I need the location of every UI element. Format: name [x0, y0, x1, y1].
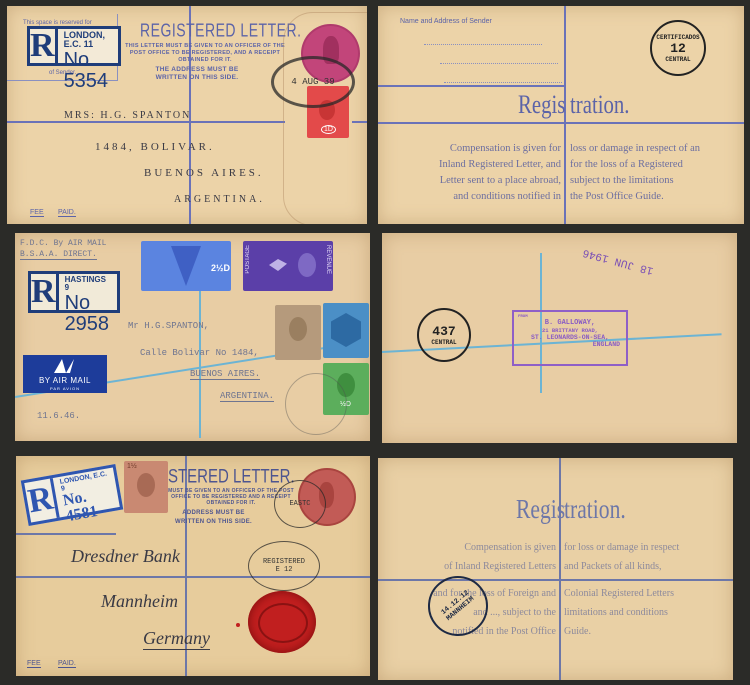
sender-country: ENGLAND	[514, 341, 626, 348]
stamp-victory-2-5d: 2½D	[141, 241, 231, 291]
sender-dotted-line-1	[424, 44, 542, 45]
text-line: limitations and conditions	[564, 603, 714, 622]
postmark-oval: 4 AUG 39	[271, 56, 355, 108]
postmark-circle: 437 CENTRAL	[417, 308, 471, 362]
stamp-left-text: POSTAGE	[245, 245, 251, 274]
address-line-4: ARGENTINA.	[220, 391, 274, 402]
registration-r: R	[31, 274, 59, 310]
postmark-bottom-text: CENTRAL	[665, 56, 690, 63]
registration-line-upper	[378, 85, 564, 87]
postmark-eastc: EASTC	[274, 480, 326, 528]
address-line-3: BUENOS AIRES.	[190, 369, 260, 380]
registration-line-vertical	[559, 458, 561, 680]
text-line: and conditions notified in	[433, 189, 561, 205]
sender-box-stamp: FROM B. GALLOWAY, 21 BRITTANY ROAD, ST. …	[512, 310, 628, 366]
address-note-1: THE ADDRESS MUST BE	[142, 66, 252, 73]
text-line: Guide.	[564, 622, 714, 641]
envelope-1-front: This space is reserved for of Sender. R …	[7, 6, 367, 224]
king-portrait-icon	[171, 246, 201, 286]
address-line-1: MRS: H.G. SPANTON	[64, 110, 191, 121]
registration-number: No. 4581	[62, 485, 116, 527]
postmark-town: EASTC	[289, 500, 310, 508]
envelope-title: STERED LETTER.	[168, 465, 295, 487]
envelope-1-back: Name and Address of Sender Regis tration…	[378, 6, 744, 224]
address-line-3: BUENOS AIRES.	[144, 167, 264, 179]
postmark-circle	[285, 373, 347, 435]
postmark-date: E 12	[276, 566, 293, 574]
registration-line-horizontal	[378, 122, 744, 124]
text-line: and Packets of all kinds,	[564, 557, 714, 576]
address-line-2: Mannheim	[101, 591, 178, 612]
stamp-value: 2½D	[211, 263, 230, 273]
king-head-icon	[298, 253, 316, 277]
text-line: loss or damage in respect of an	[570, 141, 705, 157]
fee-label: FEE	[27, 660, 41, 668]
registration-office: LONDON, E.C. 11	[64, 31, 112, 50]
text-line: for the loss of a Registered	[570, 157, 705, 173]
sender-dotted-line-2	[440, 63, 558, 64]
paid-label: PAID.	[58, 660, 76, 668]
envelope-3-back: Regis tration. Compensation is given of …	[378, 458, 733, 680]
address-line-2: Calle Bolivar No 1484,	[140, 348, 259, 358]
stamp-blue	[323, 303, 369, 358]
address-line-1: Mr H.G.SPANTON,	[128, 321, 209, 331]
registration-number: No 2958	[65, 293, 111, 335]
postmark-label: REGISTERED	[263, 558, 305, 566]
registration-office: HASTINGS 9	[65, 276, 111, 293]
date-text: 11.6.46.	[37, 411, 80, 421]
text-line: for loss or damage in respect	[564, 538, 714, 557]
dove-icon	[269, 259, 287, 271]
text-line: Letter sent to a place abroad,	[433, 173, 561, 189]
text-line: the Post Office Guide.	[570, 189, 705, 205]
address-line-4: ARGENTINA.	[174, 194, 265, 205]
registration-label: R HASTINGS 9 No 2958	[28, 271, 120, 313]
address-line-1: Dresdner Bank	[71, 546, 180, 567]
title-right: tration.	[564, 494, 626, 525]
wing-icon	[54, 359, 74, 373]
seal-emblem-icon	[258, 603, 308, 643]
wax-seal	[248, 591, 316, 653]
title-right: tration.	[570, 90, 630, 120]
address-line-2: 1484, BOLIVAR.	[95, 141, 215, 153]
king-hexagon-icon	[331, 313, 361, 347]
stamp-value: 1½	[127, 463, 137, 470]
envelope-2-front: F.D.C. By AIR MAIL B.S.A.A. DIRECT. R HA…	[15, 233, 370, 441]
par-avion-text: PAR AVION	[23, 386, 107, 391]
airmail-text: BY AIR MAIL	[23, 376, 107, 385]
sender-town: ST. LEONARDS-ON-SEA,	[514, 334, 626, 341]
text-line: of Inland Registered Letters	[398, 557, 556, 576]
header-line-2: B.S.A.A. DIRECT.	[20, 250, 97, 260]
stamp-george-v-1-5d: 1½	[124, 461, 168, 513]
envelope-title: REGISTERED LETTER.	[140, 20, 301, 41]
header-line-1: F.D.C. By AIR MAIL	[20, 239, 106, 248]
compensation-text-right: for loss or damage in respect and Packet…	[564, 538, 714, 641]
text-line: subject to the limitations	[570, 173, 705, 189]
compensation-text-left: Compensation is given for Inland Registe…	[433, 141, 561, 205]
sender-from: FROM	[514, 312, 626, 319]
stamp-right-text: REVENUE	[325, 245, 331, 274]
airmail-label: BY AIR MAIL PAR AVION	[23, 355, 107, 393]
postmark-date: 4 AUG 39	[291, 77, 334, 87]
registration-label: R LONDON, E.C. 9 No. 4581	[21, 464, 124, 526]
postmark-bottom-text: CENTRAL	[431, 339, 456, 346]
registration-label: R LONDON, E.C. 11 No 5354	[27, 26, 121, 66]
postmark-certificados: CERTIFICADOS 12 CENTRAL	[650, 20, 706, 76]
registration-line-horizontal	[7, 121, 285, 123]
paid-label: PAID.	[58, 209, 76, 217]
text-line: Compensation is given for	[433, 141, 561, 157]
address-line-3: Germany	[143, 628, 210, 650]
title-left: Regis	[518, 90, 565, 120]
address-note-2: WRITTEN ON THIS SIDE.	[142, 74, 252, 81]
stamp-value: 1D	[321, 125, 336, 134]
postmark-registered: REGISTERED E 12	[248, 541, 320, 591]
wax-drop	[236, 623, 240, 627]
address-note-1: ADDRESS MUST BE	[166, 510, 261, 516]
compensation-text-right: loss or damage in respect of an for the …	[570, 141, 705, 205]
date-stamp-upside-down: 18 JUN 1946	[582, 246, 655, 276]
sender-dotted-line-3	[444, 82, 562, 83]
postmark-number: 12	[670, 41, 686, 56]
address-note-2: WRITTEN ON THIS SIDE.	[166, 519, 261, 525]
sender-name: B. GALLOWAY,	[514, 319, 626, 327]
stamp-brown-3d	[275, 305, 321, 360]
text-line: Inland Registered Letter, and	[433, 157, 561, 173]
fee-label: FEE	[30, 209, 44, 217]
sender-street: 21 BRITTANY ROAD,	[514, 327, 626, 334]
postmark-top-text: CERTIFICADOS	[656, 34, 699, 41]
registration-line-upper-left	[16, 533, 116, 535]
instructions-text: THIS LETTER MUST BE GIVEN TO AN OFFICER …	[125, 43, 285, 64]
king-head-icon	[289, 317, 307, 341]
registration-line-horizontal	[16, 576, 370, 578]
envelope-2-back: 18 JUN 1946 437 CENTRAL FROM B. GALLOWAY…	[382, 233, 737, 443]
title-left: Regis	[516, 494, 565, 525]
king-head-icon	[137, 473, 155, 497]
text-line: Colonial Registered Letters	[564, 584, 714, 603]
envelope-3-front: R LONDON, E.C. 9 No. 4581 1½ STERED LETT…	[16, 456, 370, 676]
sender-label: Name and Address of Sender	[400, 18, 492, 25]
text-line: Compensation is given	[398, 538, 556, 557]
registration-r: R	[30, 29, 58, 63]
registration-number: No 5354	[64, 50, 112, 92]
stamp-peace-3d: POSTAGE REVENUE	[243, 241, 333, 291]
postmark-number: 437	[432, 324, 455, 339]
blue-crayon-vertical	[199, 288, 201, 438]
